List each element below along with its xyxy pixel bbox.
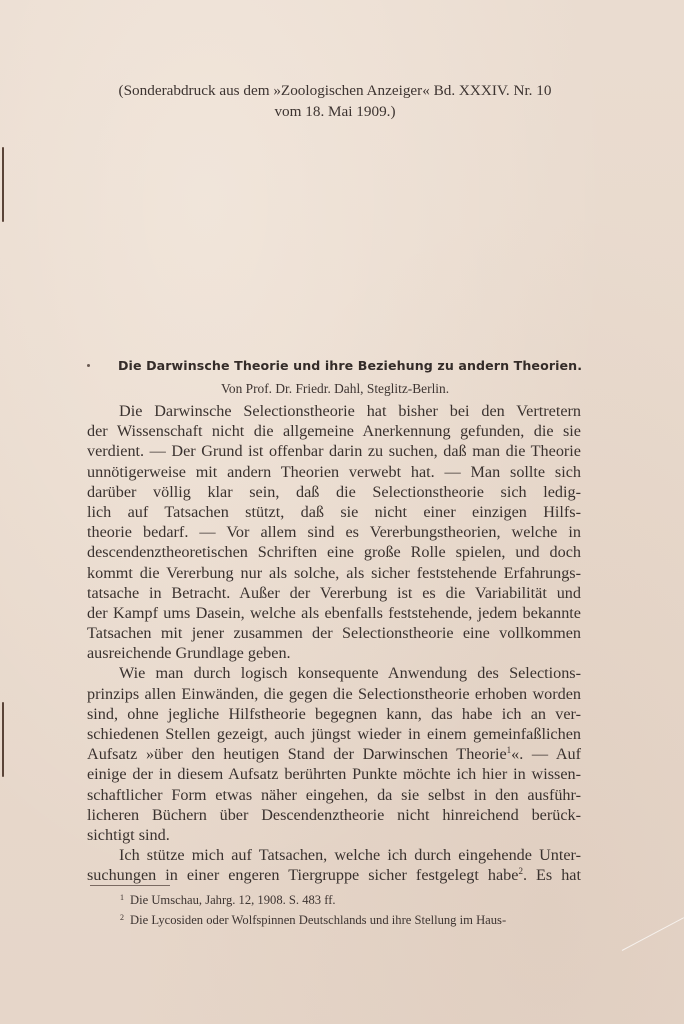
text-line: sind, ohne jegliche Hilfstheorie begegne… [87, 704, 581, 724]
footnote-1: 1Die Umschau, Jahrg. 12, 1908. S. 483 ff… [120, 889, 582, 909]
text-line: verdient. — Der Grund ist offenbar darin… [87, 441, 581, 461]
text-segment: «. — Auf [511, 745, 581, 763]
text-segment: . Es hat [523, 866, 581, 884]
text-line: tatsache in Betracht. Außer der Vererbun… [87, 583, 581, 603]
paper-crease [622, 917, 684, 951]
text-segment: suchungen in einer engeren Tiergruppe si… [87, 866, 518, 884]
text-line: Aufsatz »über den heutigen Stand der Dar… [87, 744, 581, 764]
footnote-text: Die Umschau, Jahrg. 12, 1908. S. 483 ff. [130, 893, 336, 907]
document-page: (Sonderabdruck aus dem »Zoologischen Anz… [0, 0, 684, 1024]
text-line: suchungen in einer engeren Tiergruppe si… [87, 865, 581, 885]
text-line: descendenztheoretischen Schriften eine g… [87, 542, 581, 562]
text-line: lich auf Tatsachen stützt, daß sie nicht… [87, 502, 581, 522]
text-line: unnötigerweise mit andern Theorien verwe… [87, 462, 581, 482]
text-line: Die Darwinsche Selectionstheorie hat bis… [87, 401, 581, 421]
binding-mark-top [2, 147, 4, 222]
footnote-text: Die Lycosiden oder Wolfspinnen Deutschla… [130, 913, 506, 927]
text-line: der Kampf ums Dasein, welche als ebenfal… [87, 603, 581, 623]
text-line: Ich stütze mich auf Tatsachen, welche ic… [87, 845, 581, 865]
article-byline: Von Prof. Dr. Friedr. Dahl, Steglitz-Ber… [120, 381, 550, 397]
text-line: Tatsachen mit jener zusammen der Selecti… [87, 623, 581, 643]
text-line: einige der in diesem Aufsatz berührten P… [87, 764, 581, 784]
footnote-number: 2 [120, 913, 124, 922]
text-line: sichtigt sind. [87, 825, 581, 845]
binding-mark-bottom [2, 702, 4, 777]
offprint-note: (Sonderabdruck aus dem »Zoologischen Anz… [100, 80, 570, 122]
text-line: kommt die Vererbung nur als solche, als … [87, 563, 581, 583]
text-line: ausreichende Grundlage geben. [87, 643, 581, 663]
text-line: Wie man durch logisch konsequente Anwend… [87, 663, 581, 683]
text-line: schaftlicher Form etwas näher eingehen, … [87, 785, 581, 805]
footnote-2: 2Die Lycosiden oder Wolfspinnen Deutschl… [120, 909, 582, 929]
text-line: licheren Büchern über Descendenztheorie … [87, 805, 581, 825]
article-body: Die Darwinsche Selectionstheorie hat bis… [87, 401, 581, 886]
article-title: Die Darwinsche Theorie und ihre Beziehun… [118, 358, 548, 373]
text-line: theorie bedarf. — Vor allem sind es Vere… [87, 522, 581, 542]
footnote-divider [90, 885, 170, 886]
offprint-note-line-1: (Sonderabdruck aus dem »Zoologischen Anz… [100, 80, 570, 101]
footnotes: 1Die Umschau, Jahrg. 12, 1908. S. 483 ff… [120, 889, 582, 929]
text-segment: Aufsatz »über den heutigen Stand der Dar… [87, 745, 507, 763]
text-line: der Wissenschaft nicht die allgemeine An… [87, 421, 581, 441]
footnote-number: 1 [120, 893, 124, 902]
text-line: schiedenen Stellen gezeigt, auch jüngst … [87, 724, 581, 744]
margin-dot [87, 364, 90, 367]
text-line: darüber völlig klar sein, daß die Select… [87, 482, 581, 502]
text-line: prinzips allen Einwänden, die gegen die … [87, 684, 581, 704]
offprint-note-line-2: vom 18. Mai 1909.) [100, 101, 570, 122]
